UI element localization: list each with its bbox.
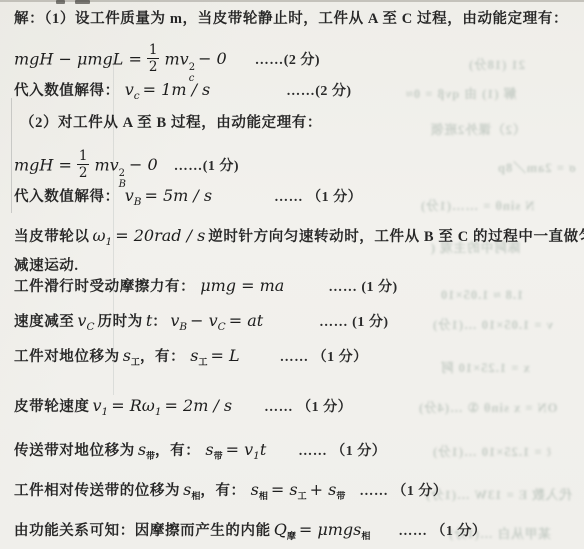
line-deceleration: 减速运动.: [14, 256, 79, 276]
superscript: 2: [189, 63, 195, 73]
line-friction-force: 工件滑行时受动摩擦力有：μmg = ma…… (1 分): [14, 276, 398, 298]
math-mv: mv: [94, 155, 118, 174]
math-eq: = μmgs: [299, 520, 362, 539]
fraction-denominator: 2: [147, 58, 160, 75]
score-mark: ……(1 分): [174, 159, 239, 174]
fraction-one-half: 12: [147, 42, 160, 75]
formula-work-energy-AC: mgH − μmgL =12mv2c− 0……(2 分): [14, 44, 320, 84]
score-mark: …… (1 分): [319, 315, 388, 330]
scanned-solution-page: 21 (18分) 解 (1) 由 qvβ = 0≈ （2）课外2班领 σ = 2…: [0, 0, 584, 549]
line-workpiece-displacement: 工件对地位移为s工，有：s工= L…… （1 分）: [14, 346, 368, 372]
math-lhs: mgH =: [14, 155, 72, 174]
line-solution-intro: 解：（1）设工件质量为 m，当皮带轮静止时，工件从 A 至 C 过程，由动能定理…: [14, 9, 568, 29]
cropped-text-remnant: [56, 0, 65, 4]
math-rhs: − 0: [198, 49, 227, 68]
score-mark: ……(2 分): [255, 53, 320, 68]
subscript: B: [134, 196, 142, 208]
line-text: 代入数值解得：: [14, 189, 120, 205]
line-text: 逆时针方向匀速转动时，工件从 B 至 C 的过程中一直做匀: [208, 229, 584, 245]
line-text: 解：（1）设工件质量为 m，当皮带轮静止时，工件从 A 至 C 过程，由动能定理…: [14, 11, 568, 27]
bleedthrough-text: ON = x sinθ ① …(4分): [418, 398, 557, 416]
line-belt-speed: 皮带轮速度v1= Rω1= 2m / s…… （1 分）: [14, 396, 352, 422]
fraction-denominator: 2: [77, 164, 90, 181]
math-eq: = L: [210, 346, 239, 365]
line-text: 由功能关系可知：因摩擦而产生的内能: [14, 523, 271, 539]
subscript: 工: [131, 357, 140, 367]
line-text: 当皮带轮以: [14, 229, 90, 245]
score-mark: ……(2 分): [286, 84, 351, 99]
math-s: s: [138, 440, 146, 459]
subscript: 工: [198, 357, 207, 367]
line-belt-rotation: 当皮带轮以ω1= 20rad / s逆时针方向匀速转动时，工件从 B 至 C 的…: [14, 226, 584, 252]
bleedthrough-text: 1.8 ≈ 1.05×10: [440, 288, 523, 303]
math-friction: μmg = ma: [200, 276, 284, 295]
math-eq: = 1m / s: [143, 80, 211, 99]
line-text: 工件滑行时受动摩擦力有：: [14, 279, 195, 295]
math-eq-v: = v: [226, 440, 254, 459]
bleedthrough-text: （2）课外2班领: [430, 120, 526, 138]
score-mark: …… （1 分）: [398, 524, 486, 539]
math-mv: mv: [164, 49, 188, 68]
scan-fold-line: [11, 98, 12, 213]
line-text: （2）对工件从 A 至 B 过程，由动能定理有：: [20, 115, 322, 131]
math-eq: = at: [229, 311, 263, 330]
score-mark: …… （1 分）: [359, 484, 447, 499]
bleedthrough-text: ℓ = 1.25×10 …(1分): [432, 442, 551, 460]
math-minus-v: − v: [190, 311, 218, 330]
math-v: v: [93, 396, 102, 415]
formula-work-energy-AB: mgH =12mv2B− 0……(1 分): [14, 150, 239, 190]
line-relative-displacement: 工件相对传送带的位移为s相，有：s相= s工+ s带…… （1 分）: [14, 480, 447, 506]
math-eq: = 20rad / s: [115, 226, 205, 245]
subscript: B: [179, 321, 187, 333]
bleedthrough-text: v = 1.05×10 …(1分): [432, 315, 553, 333]
line-numeric-result-vb: 代入数值解得：vB= 5m / s…… （1 分）: [14, 186, 362, 212]
subscript: 1: [102, 406, 109, 418]
subscript: 1: [253, 450, 260, 462]
math-s: s: [123, 346, 131, 365]
bleedthrough-text: σ = 2am／8p: [497, 158, 576, 176]
math-plus-s: + s: [310, 480, 337, 499]
subscript: 工: [298, 491, 307, 501]
bleedthrough-text: x = 1.25×10 阿: [440, 358, 530, 376]
subscript: 1: [106, 236, 113, 248]
line-text: ，有：: [155, 443, 200, 459]
math-r-omega: = Rω: [111, 396, 155, 415]
math-eq: = 5m / s: [144, 186, 212, 205]
line-text: ，有：: [140, 349, 185, 365]
line-belt-displacement: 传送带对地位移为s带，有：s带= v1t…… （1 分）: [14, 440, 386, 466]
subscript: 1: [155, 406, 162, 418]
score-mark: …… （1 分）: [280, 350, 368, 365]
line-text: ：: [152, 314, 167, 330]
line-time-to-vc: 速度减至vC历时为t：vB− vC= at…… (1 分): [14, 311, 389, 337]
subscript: c: [134, 90, 140, 102]
math-s: s: [205, 440, 213, 459]
math-v: v: [125, 186, 134, 205]
subscript: 带: [214, 451, 223, 461]
math-t: t: [260, 440, 266, 459]
line-text: 工件对地位移为: [14, 349, 120, 365]
line-heat-generated: 由功能关系可知：因摩擦而产生的内能Q摩= μmgs相…… （1 分）: [14, 520, 486, 546]
fraction-numerator: 1: [147, 42, 160, 58]
bleedthrough-text: 解 (1) 由 qvβ = 0≈: [405, 84, 516, 102]
subscript: 带: [336, 491, 345, 501]
line-text: ，有：: [200, 483, 245, 499]
math-lhs: mgH − μmgL =: [14, 49, 142, 68]
line-text: 传送带对地位移为: [14, 443, 135, 459]
subscript: C: [218, 321, 226, 333]
subscript: 带: [146, 451, 155, 461]
line-numeric-result-vc: 代入数值解得：vc= 1m / s……(2 分): [14, 80, 352, 106]
fraction-numerator: 1: [77, 148, 90, 164]
math-eq: = 2m / s: [165, 396, 233, 415]
subscript: 相: [259, 491, 268, 501]
line-text: 减速运动.: [14, 258, 79, 274]
cropped-text-remnant: [75, 0, 90, 4]
line-text: 工件相对传送带的位移为: [14, 483, 180, 499]
math-q: Q: [274, 520, 287, 539]
line-text: 代入数值解得：: [14, 83, 120, 99]
subscript: 相: [191, 491, 200, 501]
line-text: 历时为: [98, 314, 143, 330]
math-omega: ω: [93, 226, 106, 245]
bleedthrough-text: N sinθ = ……(1分): [420, 196, 534, 214]
score-mark: …… (1 分): [328, 280, 397, 295]
math-s: s: [251, 480, 259, 499]
bleedthrough-text: 21 (18分): [468, 55, 525, 73]
line-text: 速度减至: [14, 314, 74, 330]
math-rhs: − 0: [129, 155, 158, 174]
math-eq-s: = s: [271, 480, 298, 499]
subscript: 相: [361, 531, 370, 541]
line-part2-intro: （2）对工件从 A 至 B 过程，由动能定理有：: [20, 113, 322, 133]
subscript: 摩: [287, 531, 296, 541]
line-text: 皮带轮速度: [14, 399, 90, 415]
score-mark: …… （1 分）: [274, 190, 362, 205]
score-mark: …… （1 分）: [264, 400, 352, 415]
math-v: v: [125, 80, 134, 99]
superscript: 2: [119, 169, 125, 179]
scan-fold-line: [113, 55, 114, 395]
fraction-one-half: 12: [77, 148, 90, 181]
score-mark: …… （1 分）: [298, 444, 386, 459]
subscript: C: [86, 321, 94, 333]
